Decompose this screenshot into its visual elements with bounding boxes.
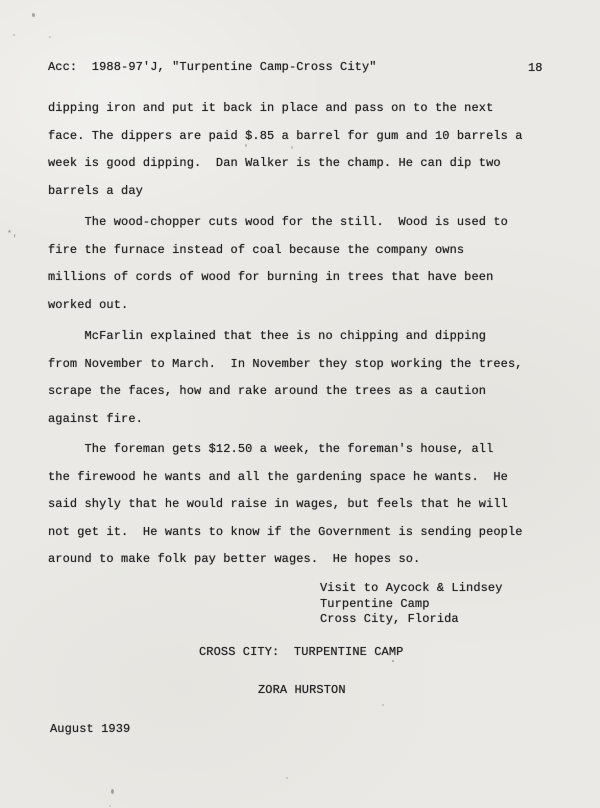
body-paragraph-4: The foreman gets $12.50 a week, the fore… bbox=[48, 436, 523, 574]
attribution-line-visit: Visit to Aycock & Lindsey bbox=[320, 581, 503, 597]
scan-speck bbox=[111, 789, 114, 794]
attribution-line-location: Cross City, Florida bbox=[320, 612, 503, 628]
scan-speck bbox=[392, 660, 394, 662]
scan-speck bbox=[32, 13, 35, 17]
scan-speck bbox=[245, 144, 247, 147]
author-name: ZORA HURSTON bbox=[258, 682, 346, 698]
scan-speck bbox=[291, 146, 293, 149]
document-date: August 1939 bbox=[50, 721, 130, 737]
body-paragraph-2: The wood-chopper cuts wood for the still… bbox=[48, 209, 508, 319]
scanned-document-page: Acc: 1988-97'J, "Turpentine Camp-Cross C… bbox=[0, 0, 600, 808]
scan-speck bbox=[49, 36, 51, 38]
attribution-line-camp: Turpentine Camp bbox=[320, 597, 503, 613]
scan-speck bbox=[286, 777, 288, 779]
document-title: CROSS CITY: TURPENTINE CAMP bbox=[199, 644, 403, 660]
header-accession-line: Acc: 1988-97'J, "Turpentine Camp-Cross C… bbox=[48, 59, 377, 75]
scan-speck bbox=[13, 34, 15, 36]
body-paragraph-3: McFarlin explained that thee is no chipp… bbox=[48, 323, 523, 433]
margin-pencil-mark: *, bbox=[7, 228, 19, 239]
scan-speck bbox=[382, 704, 384, 706]
scan-speck bbox=[109, 805, 111, 807]
body-paragraph-1: dipping iron and put it back in place an… bbox=[48, 95, 523, 205]
page-number: 18 bbox=[528, 60, 543, 76]
attribution-block: Visit to Aycock & Lindsey Turpentine Cam… bbox=[320, 581, 503, 628]
